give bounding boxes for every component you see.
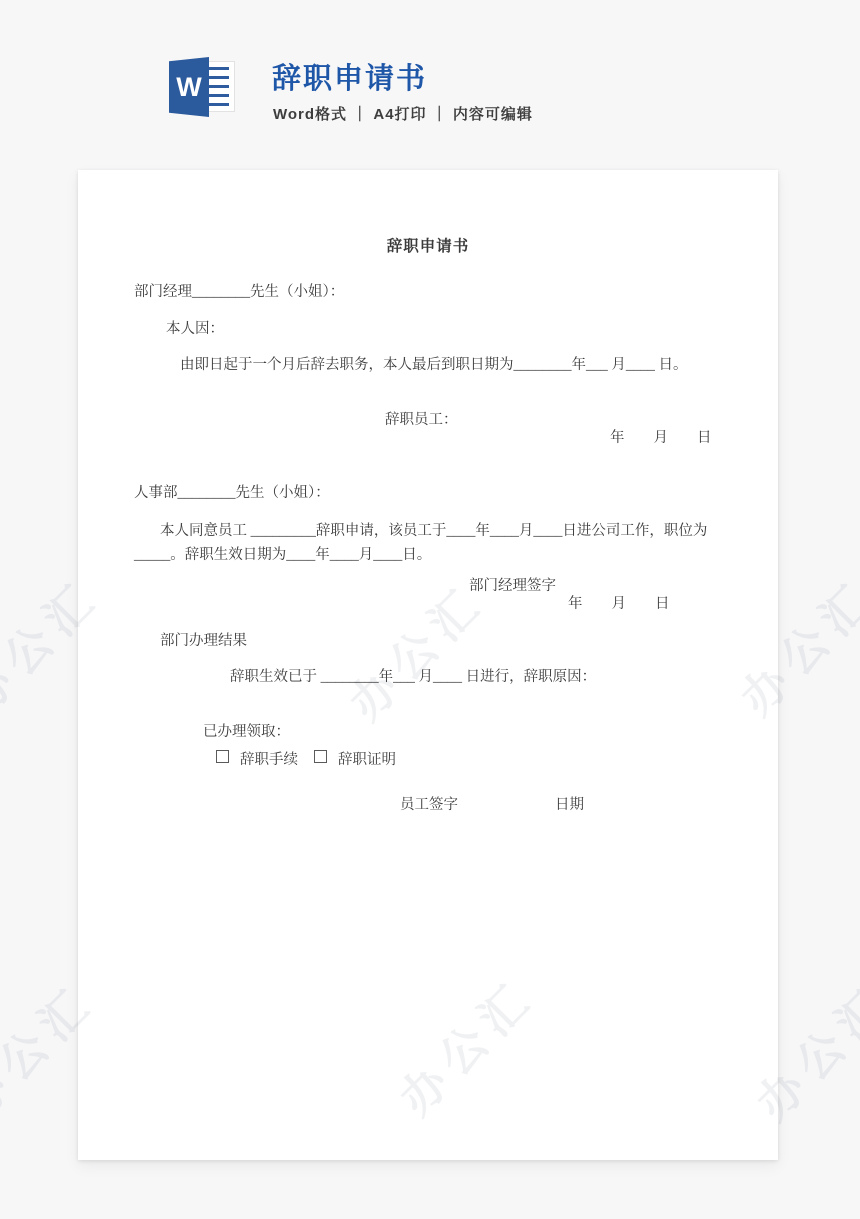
- document-title: 辞职申请书: [78, 234, 778, 256]
- to-hr-line: 人事部________先生（小姐）：: [134, 481, 330, 502]
- checkbox-item-procedure: 辞职手续: [216, 748, 298, 769]
- page-subtitle: Word格式 ｜ A4打印 ｜ 内容可编辑: [273, 103, 533, 124]
- hr-paragraph-line1: 本人同意员工 _________辞职申请，该员工于____年____月____日…: [160, 519, 707, 544]
- resign-line: 由即日起于一个月后辞去职务，本人最后到职日期为________年___ 月___…: [180, 353, 688, 374]
- resign-procedure-checkbox[interactable]: [216, 750, 229, 763]
- employee-sign-label: 员工签字: [400, 793, 458, 814]
- checkbox-item-certificate: 辞职证明: [314, 748, 396, 769]
- date-label: 日期: [555, 793, 584, 814]
- checkbox-row: 辞职手续 辞职证明: [216, 748, 396, 769]
- because-line: 本人因：: [166, 317, 224, 338]
- word-file-icon: W: [169, 57, 237, 117]
- word-icon-letter: W: [176, 74, 201, 101]
- manager-sign-label: 部门经理签字: [469, 574, 556, 595]
- resign-employee-label: 辞职员工：: [385, 408, 458, 429]
- word-icon-panel: W: [169, 57, 209, 117]
- effect-line: 辞职生效已于 ________年___ 月____ 日进行，辞职原因：: [230, 665, 596, 686]
- page-title: 辞职申请书: [272, 56, 427, 97]
- checkbox-label: 辞职证明: [338, 748, 396, 769]
- document-page: 辞职申请书 部门经理________先生（小姐）： 本人因： 由即日起于一个月后…: [78, 170, 778, 1160]
- date-ymd-1: 年 月 日: [610, 426, 712, 447]
- resign-certificate-checkbox[interactable]: [314, 750, 327, 763]
- page-background: W 辞职申请书 Word格式 ｜ A4打印 ｜ 内容可编辑 辞职申请书 部门经理…: [0, 0, 860, 1219]
- date-ymd-2: 年 月 日: [568, 592, 670, 613]
- dept-result-label: 部门办理结果: [160, 629, 247, 650]
- received-label: 已办理领取：: [203, 720, 290, 741]
- header: W 辞职申请书 Word格式 ｜ A4打印 ｜ 内容可编辑: [0, 0, 860, 150]
- to-manager-line: 部门经理________先生（小姐）：: [134, 280, 344, 301]
- hr-paragraph-line2: _____。辞职生效日期为____年____月____日。: [134, 543, 431, 568]
- checkbox-label: 辞职手续: [240, 748, 298, 769]
